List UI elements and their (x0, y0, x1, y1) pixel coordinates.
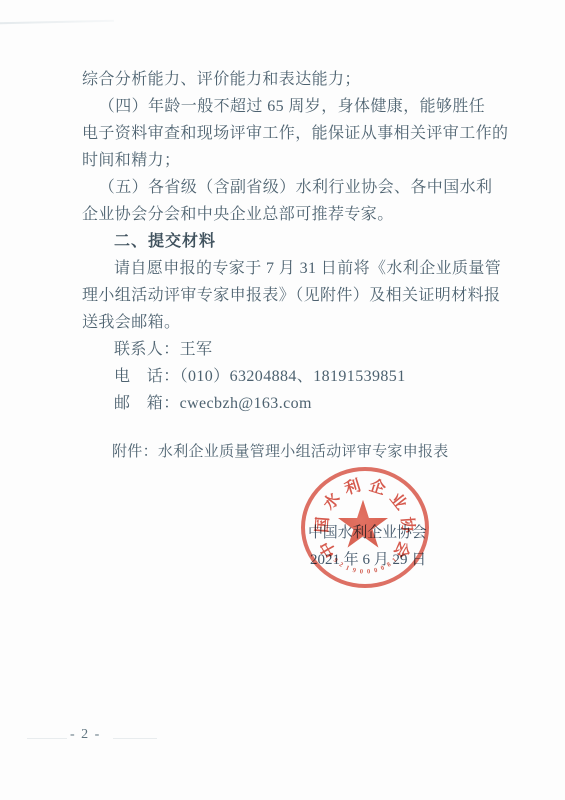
body-line-item4-middle: 电子资料审查和现场评审工作，能保证从事相关评审工作的 (82, 120, 532, 147)
seal-arc-char: 协 (397, 515, 421, 533)
contact-phone-line: 电 话：（010）63204884、18191539851 (82, 363, 532, 390)
seal-code-digit: 9 (332, 556, 339, 563)
seal-star-icon (338, 500, 388, 548)
official-seal: 中 国 水 利 企 业 协 会 1 1 8 0 0 0 0 9 1 2 9 0 (301, 467, 429, 588)
contact-email-line: 邮 箱：cwecbzh@163.com (82, 390, 532, 417)
seal-code-digit: 0 (367, 568, 371, 575)
section-heading: 二、提交材料 (82, 228, 532, 255)
contact-name-line: 联系人：王军 (82, 336, 532, 363)
body-line-continuation: 综合分析能力、评价能力和表达能力； (82, 66, 532, 93)
seal-code-digit: 0 (380, 564, 386, 572)
body-line-submit-end: 送我会邮箱。 (82, 309, 532, 336)
seal-arc-char: 水 (317, 487, 345, 514)
body-line-submit-middle: 理小组活动评审专家申报表》（见附件）及相关证明材料报 (82, 282, 532, 309)
attachment-line: 附件：水利企业质量管理小组活动评审专家申报表 (82, 439, 532, 466)
body-line-item4-start: （四）年龄一般不超过 65 周岁，身体健康，能够胜任 (82, 93, 532, 120)
scan-artifact-dash (113, 738, 157, 739)
seal-code-digit: 0 (359, 568, 363, 575)
document-page: 综合分析能力、评价能力和表达能力； （四）年龄一般不超过 65 周岁，身体健康，… (0, 0, 565, 800)
seal-code-digit: 1 (344, 564, 350, 572)
body-line-item4-end: 时间和精力； (82, 147, 532, 174)
seal-code-digit: 0 (373, 566, 378, 574)
seal-arc-char: 企 (367, 472, 389, 499)
seal-code-digit: 2 (338, 561, 345, 569)
seal-arc-char: 利 (341, 472, 363, 499)
body-line-item5-start: （五）各省级（含副省级）水利行业协会、各中国水利 (82, 174, 532, 201)
seal-code-digit: 9 (352, 566, 357, 574)
seal-code-digit: 8 (386, 561, 393, 569)
document-body: 综合分析能力、评价能力和表达能力； （四）年龄一般不超过 65 周岁，身体健康，… (82, 66, 532, 466)
seal-code-digit: 1 (391, 556, 398, 563)
page-number: - 2 - (70, 727, 101, 743)
seal-arc-char: 业 (385, 487, 413, 514)
scan-artifact-line (0, 20, 114, 24)
seal-arc-char: 国 (309, 515, 333, 533)
scan-artifact-dash (27, 738, 67, 739)
body-line-submit-start: 请自愿申报的专家于 7 月 31 日前将《水利企业质量管 (82, 255, 532, 282)
body-line-item5-end: 企业协会分会和中央企业总部可推荐专家。 (82, 201, 532, 228)
